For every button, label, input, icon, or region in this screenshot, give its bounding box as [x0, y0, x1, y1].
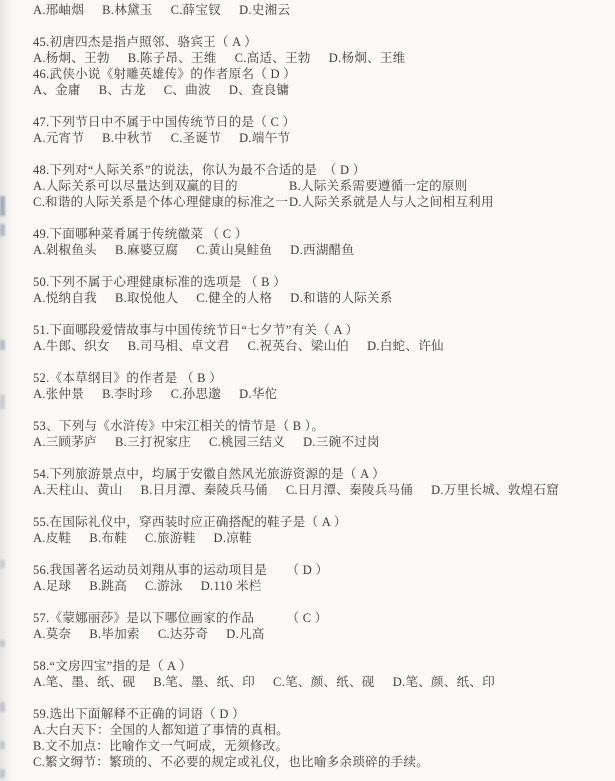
option: D.110 米栏	[201, 578, 262, 594]
option: B、古龙	[99, 82, 146, 98]
question-text: 57.《蒙娜丽莎》是以下哪位画家的作品 （ C ）	[33, 610, 605, 626]
question-text: 48.下列对“人际关系”的说法，你认为最不合适的是 （ D ）	[33, 162, 605, 178]
option: C.达芬奇	[158, 626, 208, 642]
option-line: A.元宵节B.中秋节C.圣诞节D.端午节	[33, 130, 605, 146]
option: A.笔、墨、纸、砚	[33, 674, 135, 690]
option: A.牛郎、织女	[33, 338, 110, 354]
option: A.三顾茅庐	[33, 434, 97, 450]
option: B.林黛玉	[102, 2, 152, 18]
option: D.凉鞋	[214, 530, 252, 546]
option: A、金庸	[33, 82, 81, 98]
option: C.游泳	[145, 578, 183, 594]
option: C.薛宝钗	[171, 2, 221, 18]
option: A.邢岫烟	[33, 2, 84, 18]
question-block: 55.在国际礼仪中，穿西装时应正确搭配的鞋子是（ A ）A.皮鞋B.布鞋C.旅游…	[33, 514, 605, 546]
question-block: 46.武侠小说《射雕英雄传》的作者原名（ D ）A、金庸B、古龙C、曲波D、查良…	[33, 66, 605, 98]
option: D.白蛇、许仙	[367, 338, 444, 354]
option: C.黄山臭鲑鱼	[196, 242, 272, 258]
question-block: 53、下列与《水浒传》中宋江相关的情节是（ B ）。A.三顾茅庐B.三打祝家庄C…	[33, 418, 605, 450]
option: D.三碗不过岗	[303, 434, 380, 450]
scan-artifact	[0, 640, 5, 647]
option: B.李时珍	[102, 386, 152, 402]
option: B.笔、墨、纸、印	[153, 674, 255, 690]
scanned-document-page: A.邢岫烟B.林黛玉C.薛宝钗D.史湘云 45.初唐四杰是指卢照邻、骆宾王（ A…	[0, 0, 615, 781]
question-block: 59.选出下面解释不正确的词语（ D ）A.大白天下：全国的人都知道了事情的真相…	[33, 706, 605, 770]
option: C、曲波	[164, 82, 211, 98]
scan-artifact	[0, 196, 5, 216]
option: B.陈子昂、王维	[128, 50, 217, 66]
option: A.足球	[33, 578, 71, 594]
question-block: 49.下面哪种菜肴属于传统徽菜 （ C ）A.剁椒鱼头B.麻婆豆腐C.黄山臭鲑鱼…	[33, 226, 605, 258]
quiz-text-content: A.邢岫烟B.林黛玉C.薛宝钗D.史湘云 45.初唐四杰是指卢照邻、骆宾王（ A…	[33, 2, 605, 770]
question-block: 56.我国著名运动员刘翔从事的运动项目是 （ D ）A.足球B.跳高C.游泳D.…	[33, 562, 605, 594]
option-line: A.人际关系可以尽量达到双赢的目的B.人际关系需要遵循一定的原则	[33, 178, 605, 194]
question-block: 45.初唐四杰是指卢照邻、骆宾王（ A ）A.杨炯、王勃B.陈子昂、王维C.高适…	[33, 34, 605, 66]
option: A.皮鞋	[33, 530, 71, 546]
question-text: 47.下列节日中不属于中国传统节日的是（ C ）	[33, 114, 605, 130]
option-line: C.和谐的人际关系是个体心理健康的标准之一D.人际关系就是人与人之间相互利用	[33, 194, 605, 210]
leading-option-line-slot: A.邢岫烟B.林黛玉C.薛宝钗D.史湘云	[33, 2, 605, 18]
question-text: 54.下列旅游景点中，均属于安徽自然风光旅游资源的是（ A ）	[33, 466, 605, 482]
option: B.日月潭、秦陵兵马俑	[141, 482, 268, 498]
option: C.旅游鞋	[145, 530, 195, 546]
option-line: A.张仲景B.李时珍C.孙思邈D.华佗	[33, 386, 605, 402]
option: B.麻婆豆腐	[115, 242, 178, 258]
option-line: A、金庸B、古龙C、曲波D、查良镛	[33, 82, 605, 98]
question-text: 51.下面哪段爱情故事与中国传统节日“七夕节”有关（ A ）	[33, 322, 605, 338]
option-line: A.天柱山、黄山B.日月潭、秦陵兵马俑C.日月潭、秦陵兵马俑D.万里长城、敦煌石…	[33, 482, 605, 498]
option: C.圣诞节	[171, 130, 221, 146]
option: D.杨炯、王维	[329, 50, 406, 66]
option-line: A.皮鞋B.布鞋C.旅游鞋D.凉鞋	[33, 530, 605, 546]
option: C.笔、颜、纸、砚	[273, 674, 375, 690]
option: C.祝英台、梁山伯	[247, 338, 349, 354]
option: B.布鞋	[89, 530, 127, 546]
question-block: 58.“文房四宝”指的是（ A ）A.笔、墨、纸、砚B.笔、墨、纸、印C.笔、颜…	[33, 658, 605, 690]
option-line: A.牛郎、织女B.司马相、卓文君C.祝英台、梁山伯D.白蛇、许仙	[33, 338, 605, 354]
option-line: A.邢岫烟B.林黛玉C.薛宝钗D.史湘云	[33, 2, 605, 18]
option-line: B.文不加点：比喻作文一气呵成，无须修改。	[33, 738, 605, 754]
option-line: A.剁椒鱼头B.麻婆豆腐C.黄山臭鲑鱼D.西湖醋鱼	[33, 242, 605, 258]
option-line: A.悦纳自我B.取悦他人C.健全的人格D.和谐的人际关系	[33, 290, 605, 306]
question-text: 59.选出下面解释不正确的词语（ D ）	[33, 706, 605, 722]
question-text: 46.武侠小说《射雕英雄传》的作者原名（ D ）	[33, 66, 605, 82]
question-text: 50.下列不属于心理健康标准的选项是 （ B ）	[33, 274, 605, 290]
option-line: A.足球B.跳高C.游泳D.110 米栏	[33, 578, 605, 594]
question-text: 53、下列与《水浒传》中宋江相关的情节是（ B ）。	[33, 418, 605, 434]
option-line: A.笔、墨、纸、砚B.笔、墨、纸、印C.笔、颜、纸、砚D.笔、颜、纸、印	[33, 674, 605, 690]
option: A.张仲景	[33, 386, 84, 402]
option: C.桃园三结义	[209, 434, 285, 450]
option: A.莫奈	[33, 626, 71, 642]
option: A.天柱山、黄山	[33, 482, 123, 498]
option-line: A.三顾茅庐B.三打祝家庄C.桃园三结义D.三碗不过岗	[33, 434, 605, 450]
scan-artifact	[0, 741, 5, 749]
option: C.健全的人格	[196, 290, 272, 306]
scan-artifact	[0, 224, 5, 236]
scan-artifact	[0, 395, 5, 409]
option: B.跳高	[89, 578, 127, 594]
option: A.杨炯、王勃	[33, 50, 110, 66]
option-line: C.繁文缛节：繁琐的、不必要的规定或礼仪，也比喻多余琐碎的手续。	[33, 754, 605, 770]
option: D.笔、颜、纸、印	[393, 674, 495, 690]
scan-artifact	[0, 702, 5, 712]
option: D.华佗	[239, 386, 277, 402]
option: D.凡高	[226, 626, 264, 642]
option: B.三打祝家庄	[115, 434, 191, 450]
option: C.高适、王勃	[235, 50, 311, 66]
option: D.端午节	[239, 130, 290, 146]
scan-artifact	[0, 769, 5, 778]
option: A.元宵节	[33, 130, 84, 146]
question-block: 57.《蒙娜丽莎》是以下哪位画家的作品 （ C ）A.莫奈B.毕加索C.达芬奇D…	[33, 610, 605, 642]
option-line: A.莫奈B.毕加索C.达芬奇D.凡高	[33, 626, 605, 642]
option-line: A.大白天下：全国的人都知道了事情的真相。	[33, 722, 605, 738]
page-left-edge	[0, 0, 14, 781]
option: A.人际关系可以尽量达到双赢的目的	[33, 178, 277, 194]
option: B.人际关系需要遵循一定的原则	[289, 178, 467, 194]
option: B.司马相、卓文君	[128, 338, 230, 354]
question-block: 47.下列节日中不属于中国传统节日的是（ C ）A.元宵节B.中秋节C.圣诞节D…	[33, 114, 605, 146]
option: B.文不加点：比喻作文一气呵成，无须修改。	[33, 738, 288, 754]
option: C.日月潭、秦陵兵马俑	[286, 482, 413, 498]
question-text: 52.《本草纲目》的作者是 （ B ）	[33, 370, 605, 386]
option: C.繁文缛节：繁琐的、不必要的规定或礼仪，也比喻多余琐碎的手续。	[33, 754, 429, 770]
question-text: 45.初唐四杰是指卢照邻、骆宾王（ A ）	[33, 34, 605, 50]
option: D.万里长城、敦煌石窟	[431, 482, 559, 498]
option: A.剁椒鱼头	[33, 242, 97, 258]
question-text: 56.我国著名运动员刘翔从事的运动项目是 （ D ）	[33, 562, 605, 578]
question-text: 55.在国际礼仪中，穿西装时应正确搭配的鞋子是（ A ）	[33, 514, 605, 530]
option: A.悦纳自我	[33, 290, 97, 306]
option: B.中秋节	[102, 130, 152, 146]
option: C.和谐的人际关系是个体心理健康的标准之一	[33, 194, 277, 210]
option: B.毕加索	[89, 626, 139, 642]
scan-artifact	[0, 560, 5, 568]
question-block: 51.下面哪段爱情故事与中国传统节日“七夕节”有关（ A ）A.牛郎、织女B.司…	[33, 322, 605, 354]
option: A.大白天下：全国的人都知道了事情的真相。	[33, 722, 289, 738]
option-line: A.杨炯、王勃B.陈子昂、王维C.高适、王勃D.杨炯、王维	[33, 50, 605, 66]
question-list: 45.初唐四杰是指卢照邻、骆宾王（ A ）A.杨炯、王勃B.陈子昂、王维C.高适…	[33, 34, 605, 770]
option: B.取悦他人	[115, 290, 178, 306]
option: D、查良镛	[229, 82, 290, 98]
option: D.人际关系就是人与人之间相互利用	[289, 194, 494, 210]
option: D.和谐的人际关系	[290, 290, 392, 306]
question-block: 54.下列旅游景点中，均属于安徽自然风光旅游资源的是（ A ）A.天柱山、黄山B…	[33, 466, 605, 498]
question-text: 49.下面哪种菜肴属于传统徽菜 （ C ）	[33, 226, 605, 242]
question-text: 58.“文房四宝”指的是（ A ）	[33, 658, 605, 674]
option: C.孙思邈	[171, 386, 221, 402]
question-block: 50.下列不属于心理健康标准的选项是 （ B ）A.悦纳自我B.取悦他人C.健全…	[33, 274, 605, 306]
option: D.西湖醋鱼	[290, 242, 354, 258]
option: D.史湘云	[239, 2, 290, 18]
question-block: 52.《本草纲目》的作者是 （ B ）A.张仲景B.李时珍C.孙思邈D.华佗	[33, 370, 605, 402]
scan-artifact	[0, 340, 5, 350]
question-block: 48.下列对“人际关系”的说法，你认为最不合适的是 （ D ）A.人际关系可以尽…	[33, 162, 605, 210]
